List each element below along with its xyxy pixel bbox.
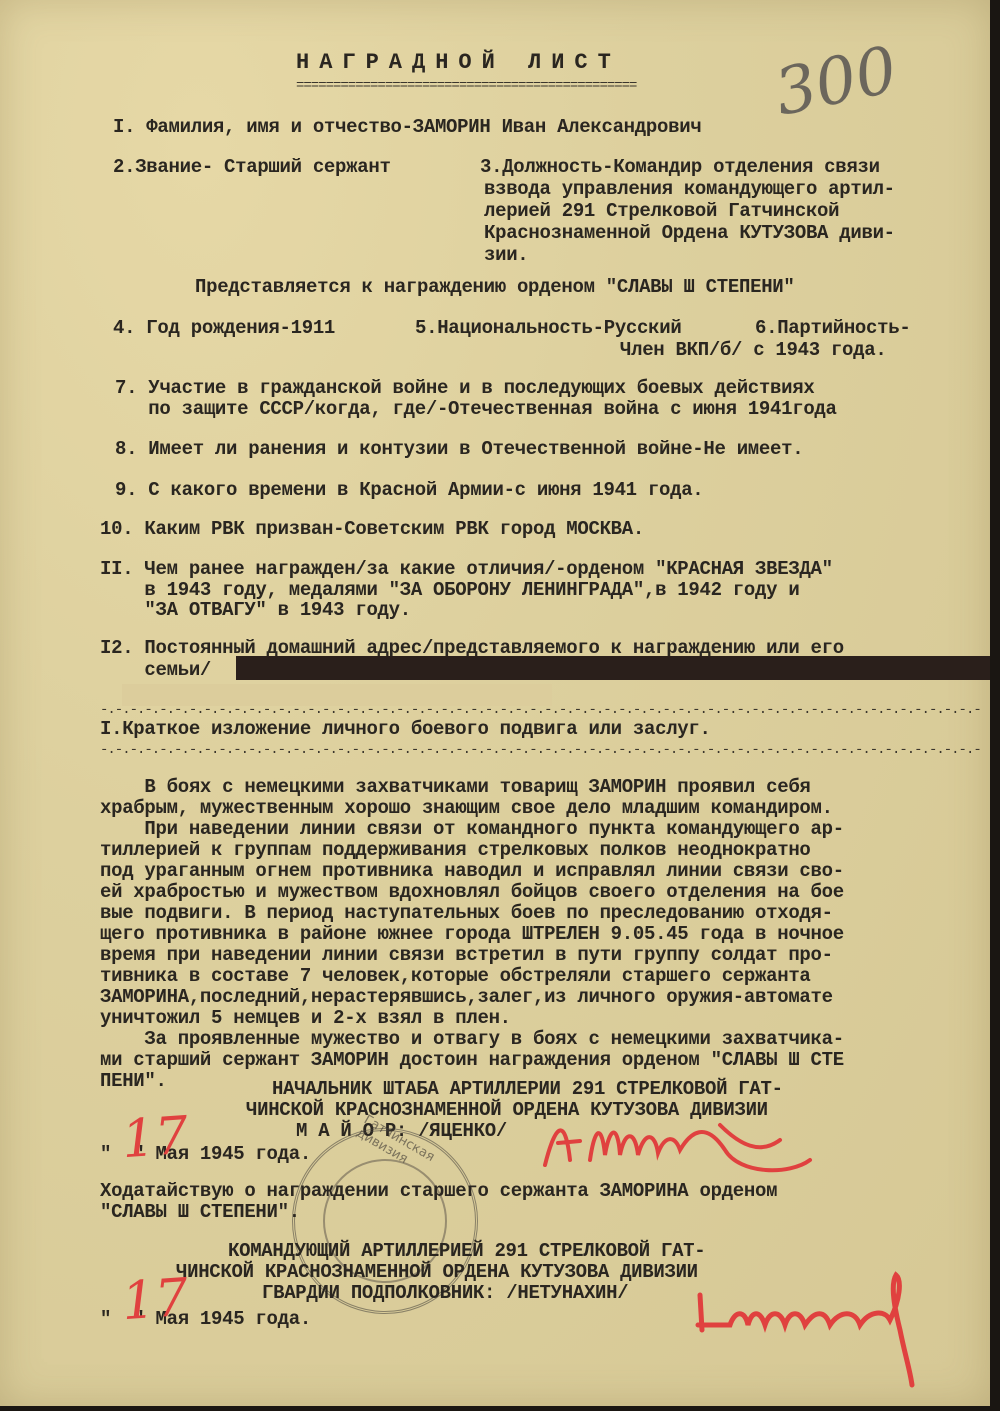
narrative-line: При наведении линии связи от командного … (100, 818, 844, 840)
position-line: взвода управления командующего артил- (484, 178, 895, 200)
field-home-address-cont: семьи/ (100, 659, 211, 681)
narrative-line: За проявленные мужество и отвагу в боях … (100, 1028, 844, 1050)
narrative-line: щего противника в районе южнее города ШТ… (100, 923, 844, 945)
narrative-line: ей храбростью и мужеством вдохновлял бой… (100, 881, 844, 903)
archive-number-note: 300 (769, 33, 904, 131)
field-wounds: 8. Имеет ли ранения и контузии в Отечест… (115, 438, 803, 460)
field-birth-year: 4. Год рождения-1911 (113, 317, 335, 339)
field-army-since: 9. С какого времени в Красной Армии-с ию… (115, 479, 703, 501)
narrative-line: ПЕНИ". (100, 1070, 167, 1092)
field-prior-awards-cont: в 1943 году, медалями "ЗА ОБОРОНУ ЛЕНИНГ… (100, 579, 799, 601)
narrative-line: вые подвиги. В период наступательных бое… (100, 902, 833, 924)
handwritten-day-2: 17 (120, 1268, 190, 1332)
narrative-line: уничтожил 5 немцев и 2-х взял в плен. (100, 1007, 511, 1029)
narrative-line: В боях с немецкими захватчиками товарищ … (100, 776, 811, 798)
petition-line-cont: "СЛАВЫ Ш СТЕПЕНИ". (100, 1201, 300, 1223)
narrative-line: ЗАМОРИНА,последний,нерастерявшись,залег,… (100, 986, 833, 1008)
handwritten-day-1: 17 (120, 1106, 190, 1170)
field-combat-participation-cont: по защите СССР/когда, где/-Отечественная… (115, 398, 837, 420)
signatory-2-title-cont: ЧИНСКОЙ КРАСНОЗНАМЕННОЙ ОРДЕНА КУТУЗОВА … (176, 1261, 698, 1283)
section-heading: I.Краткое изложение личного боевого подв… (100, 718, 711, 740)
narrative-line: время при наведении линии связи встретил… (100, 944, 833, 966)
section-divider: -.-.-.-.-.-.-.-.-.-.-.-.-.-.-.-.-.-.-.-.… (100, 742, 980, 758)
narrative-line: ми старший сержант ЗАМОРИН достоин награ… (100, 1049, 844, 1071)
field-full-name: I. Фамилия, имя и отчество-ЗАМОРИН Иван … (113, 116, 701, 138)
position-line: Краснознаменной Ордена КУТУЗОВА диви- (484, 222, 895, 244)
nomination-line: Представляется к награждению орденом "СЛ… (195, 276, 795, 298)
redaction-bar (236, 656, 990, 680)
field-prior-awards-cont: "ЗА ОТВАГУ" в 1943 году. (100, 599, 411, 621)
document-title: НАГРАДНОЙ ЛИСТ (296, 52, 621, 74)
petition-line: Ходатайствую о награждении старшего серж… (100, 1180, 777, 1202)
signatory-1-title: НАЧАЛЬНИК ШТАБА АРТИЛЛЕРИИ 291 СТРЕЛКОВО… (272, 1078, 783, 1100)
title-underline: ========================================… (296, 78, 656, 94)
signatory-2-title: КОМАНДУЮЩИЙ АРТИЛЛЕРИЕЙ 291 СТРЕЛКОВОЙ Г… (228, 1240, 705, 1262)
signature-yatsenko (540, 1105, 840, 1185)
section-divider: -.-.-.-.-.-.-.-.-.-.-.-.-.-.-.-.-.-.-.-.… (100, 702, 980, 718)
field-rank: 2.Звание- Старший сержант (113, 156, 391, 178)
field-party-label: 6.Партийность- (755, 317, 910, 339)
field-conscription: 10. Каким РВК призван-Советским РВК горо… (100, 518, 644, 540)
field-prior-awards: II. Чем ранее награжден/за какие отличия… (100, 558, 833, 580)
position-line: зии. (484, 244, 528, 266)
narrative-line: тивника в составе 7 человек,которые обст… (100, 965, 811, 987)
field-party-value: Член ВКП/б/ с 1943 года. (620, 339, 886, 361)
narrative-line: под ураганным огнем противника наводил и… (100, 860, 844, 882)
signature-netunakhin (690, 1270, 950, 1390)
position-line: лерией 291 Стрелковой Гатчинской (484, 200, 839, 222)
field-combat-participation: 7. Участие в гражданской войне и в после… (115, 377, 814, 399)
position-line: 3.Должность-Командир отделения связи (480, 156, 880, 178)
signatory-2-name: ГВАРДИИ ПОДПОЛКОВНИК: /НЕТУНАХИН/ (262, 1282, 628, 1304)
narrative-line: тиллерией к группам поддерживания стрелк… (100, 839, 811, 861)
narrative-line: храбрым, мужественным хорошо знающим сво… (100, 797, 833, 819)
award-sheet-page: НАГРАДНОЙ ЛИСТ =========================… (0, 0, 990, 1406)
field-nationality: 5.Национальность-Русский (415, 317, 681, 339)
